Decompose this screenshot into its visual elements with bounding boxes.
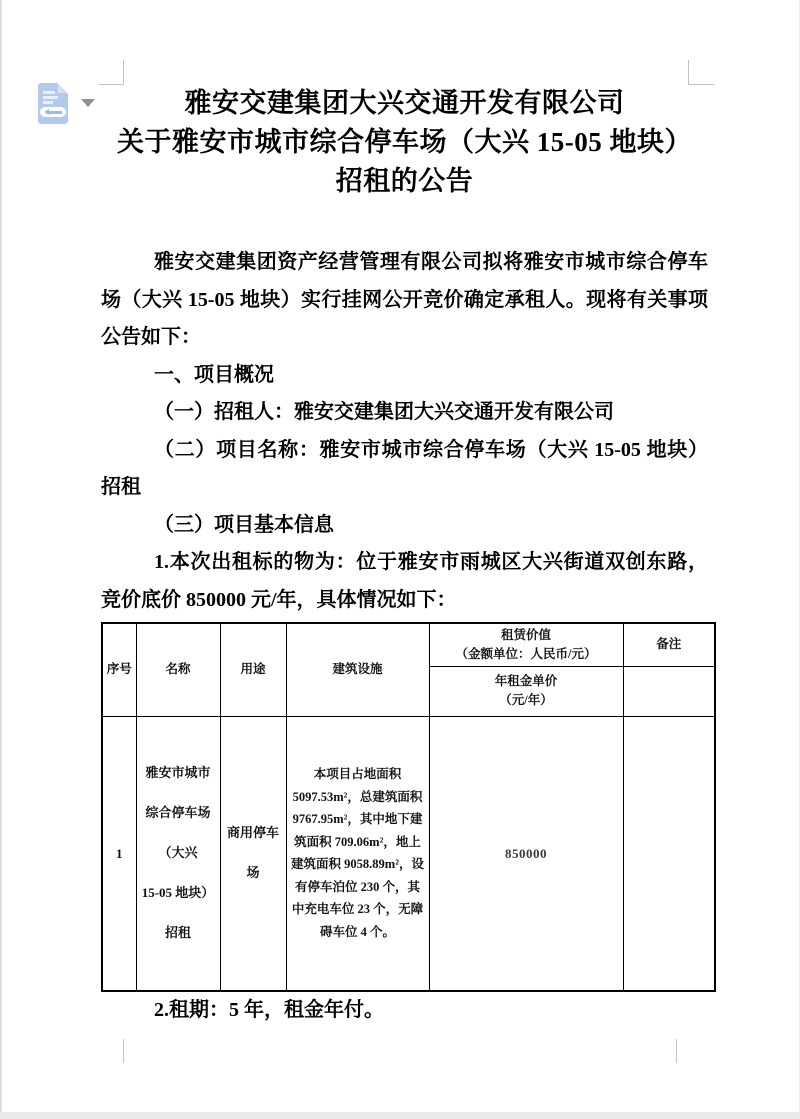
- cell-name-line: 15-05 地块）: [140, 873, 217, 913]
- header-rental-value-line1: 租赁价值: [433, 626, 620, 645]
- cell-facilities: 本项目占地面积 5097.53m²，总建筑面积 9767.95m²，其中地下建筑…: [286, 716, 429, 991]
- title-line-2: 关于雅安市城市综合停车场（大兴 15-05 地块）: [101, 123, 708, 162]
- cell-seq: 1: [102, 716, 136, 991]
- paragraph-intro: 雅安交建集团资产经营管理有限公司拟将雅安市城市综合停车场（大兴 15-05 地块…: [101, 244, 708, 357]
- cell-name-line: （大兴: [140, 833, 217, 873]
- word-document-page: 雅安交建集团大兴交通开发有限公司 关于雅安市城市综合停车场（大兴 15-05 地…: [0, 0, 800, 1119]
- left-arrow-icon: [40, 107, 66, 117]
- paste-options-icon[interactable]: [38, 83, 68, 124]
- text-boundary-mark-bottom-left: [123, 1039, 124, 1063]
- header-seq: 序号: [102, 623, 136, 716]
- text-line-decoration: [43, 91, 55, 94]
- cell-name-line: 招租: [140, 913, 217, 953]
- paragraph-lease-term: 2.租期：5 年，租金年付。: [101, 992, 708, 1030]
- document-title: 雅安交建集团大兴交通开发有限公司 关于雅安市城市综合停车场（大兴 15-05 地…: [101, 84, 708, 201]
- title-line-3: 招租的公告: [101, 162, 708, 201]
- table-header-row-1: 序号 名称 用途 建筑设施 租赁价值 （金额单位：人民币/元） 备注: [102, 623, 715, 666]
- cell-annual-rent: 850000: [429, 716, 623, 991]
- header-note-sub: [623, 666, 715, 716]
- document-body: 雅安交建集团资产经营管理有限公司拟将雅安市城市综合停车场（大兴 15-05 地块…: [101, 244, 708, 1030]
- page-left-edge: [0, 0, 2, 1119]
- header-use: 用途: [220, 623, 286, 716]
- header-name: 名称: [136, 623, 220, 716]
- paragraph-section-1: 一、项目概况: [101, 357, 708, 395]
- cell-name-line: 雅安市城市: [140, 753, 217, 793]
- text-line-decoration: [43, 101, 53, 104]
- page-bottom-gap: [0, 1112, 800, 1119]
- paragraph-basic-info: （三）项目基本信息: [101, 507, 708, 545]
- text-boundary-mark-bottom-right: [676, 1039, 677, 1063]
- cell-note: [623, 716, 715, 991]
- header-annual-rent: 年租金单价 （元/年）: [429, 666, 623, 716]
- header-annual-rent-line2: （元/年）: [433, 691, 620, 710]
- table-row: 1 雅安市城市 综合停车场 （大兴 15-05 地块） 招租 商用停车场 本项目…: [102, 716, 715, 991]
- cell-use: 商用停车场: [220, 716, 286, 991]
- left-arrow-bar: [49, 111, 62, 114]
- chevron-down-icon[interactable]: [81, 99, 95, 107]
- cell-name-line: 综合停车场: [140, 793, 217, 833]
- rental-info-table: 序号 名称 用途 建筑设施 租赁价值 （金额单位：人民币/元） 备注 年租金单价…: [101, 622, 716, 992]
- header-facilities: 建筑设施: [286, 623, 429, 716]
- cell-name: 雅安市城市 综合停车场 （大兴 15-05 地块） 招租: [136, 716, 220, 991]
- title-line-1: 雅安交建集团大兴交通开发有限公司: [101, 84, 708, 123]
- header-rental-value: 租赁价值 （金额单位：人民币/元）: [429, 623, 623, 666]
- document-content: 雅安交建集团大兴交通开发有限公司 关于雅安市城市综合停车场（大兴 15-05 地…: [101, 0, 708, 1030]
- paragraph-subject-matter: 1.本次出租标的物为：位于雅安市雨城区大兴街道双创东路，竞价底价 850000 …: [101, 544, 708, 619]
- header-annual-rent-line1: 年租金单价: [433, 672, 620, 691]
- paragraph-project-name: （二）项目名称：雅安市城市综合停车场（大兴 15-05 地块）招租: [101, 432, 708, 507]
- text-line-decoration: [43, 96, 58, 99]
- header-note: 备注: [623, 623, 715, 666]
- page-fold-shade: [58, 85, 66, 93]
- header-rental-value-line2: （金额单位：人民币/元）: [433, 645, 620, 664]
- paragraph-lessor: （一）招租人：雅安交建集团大兴交通开发有限公司: [101, 394, 708, 432]
